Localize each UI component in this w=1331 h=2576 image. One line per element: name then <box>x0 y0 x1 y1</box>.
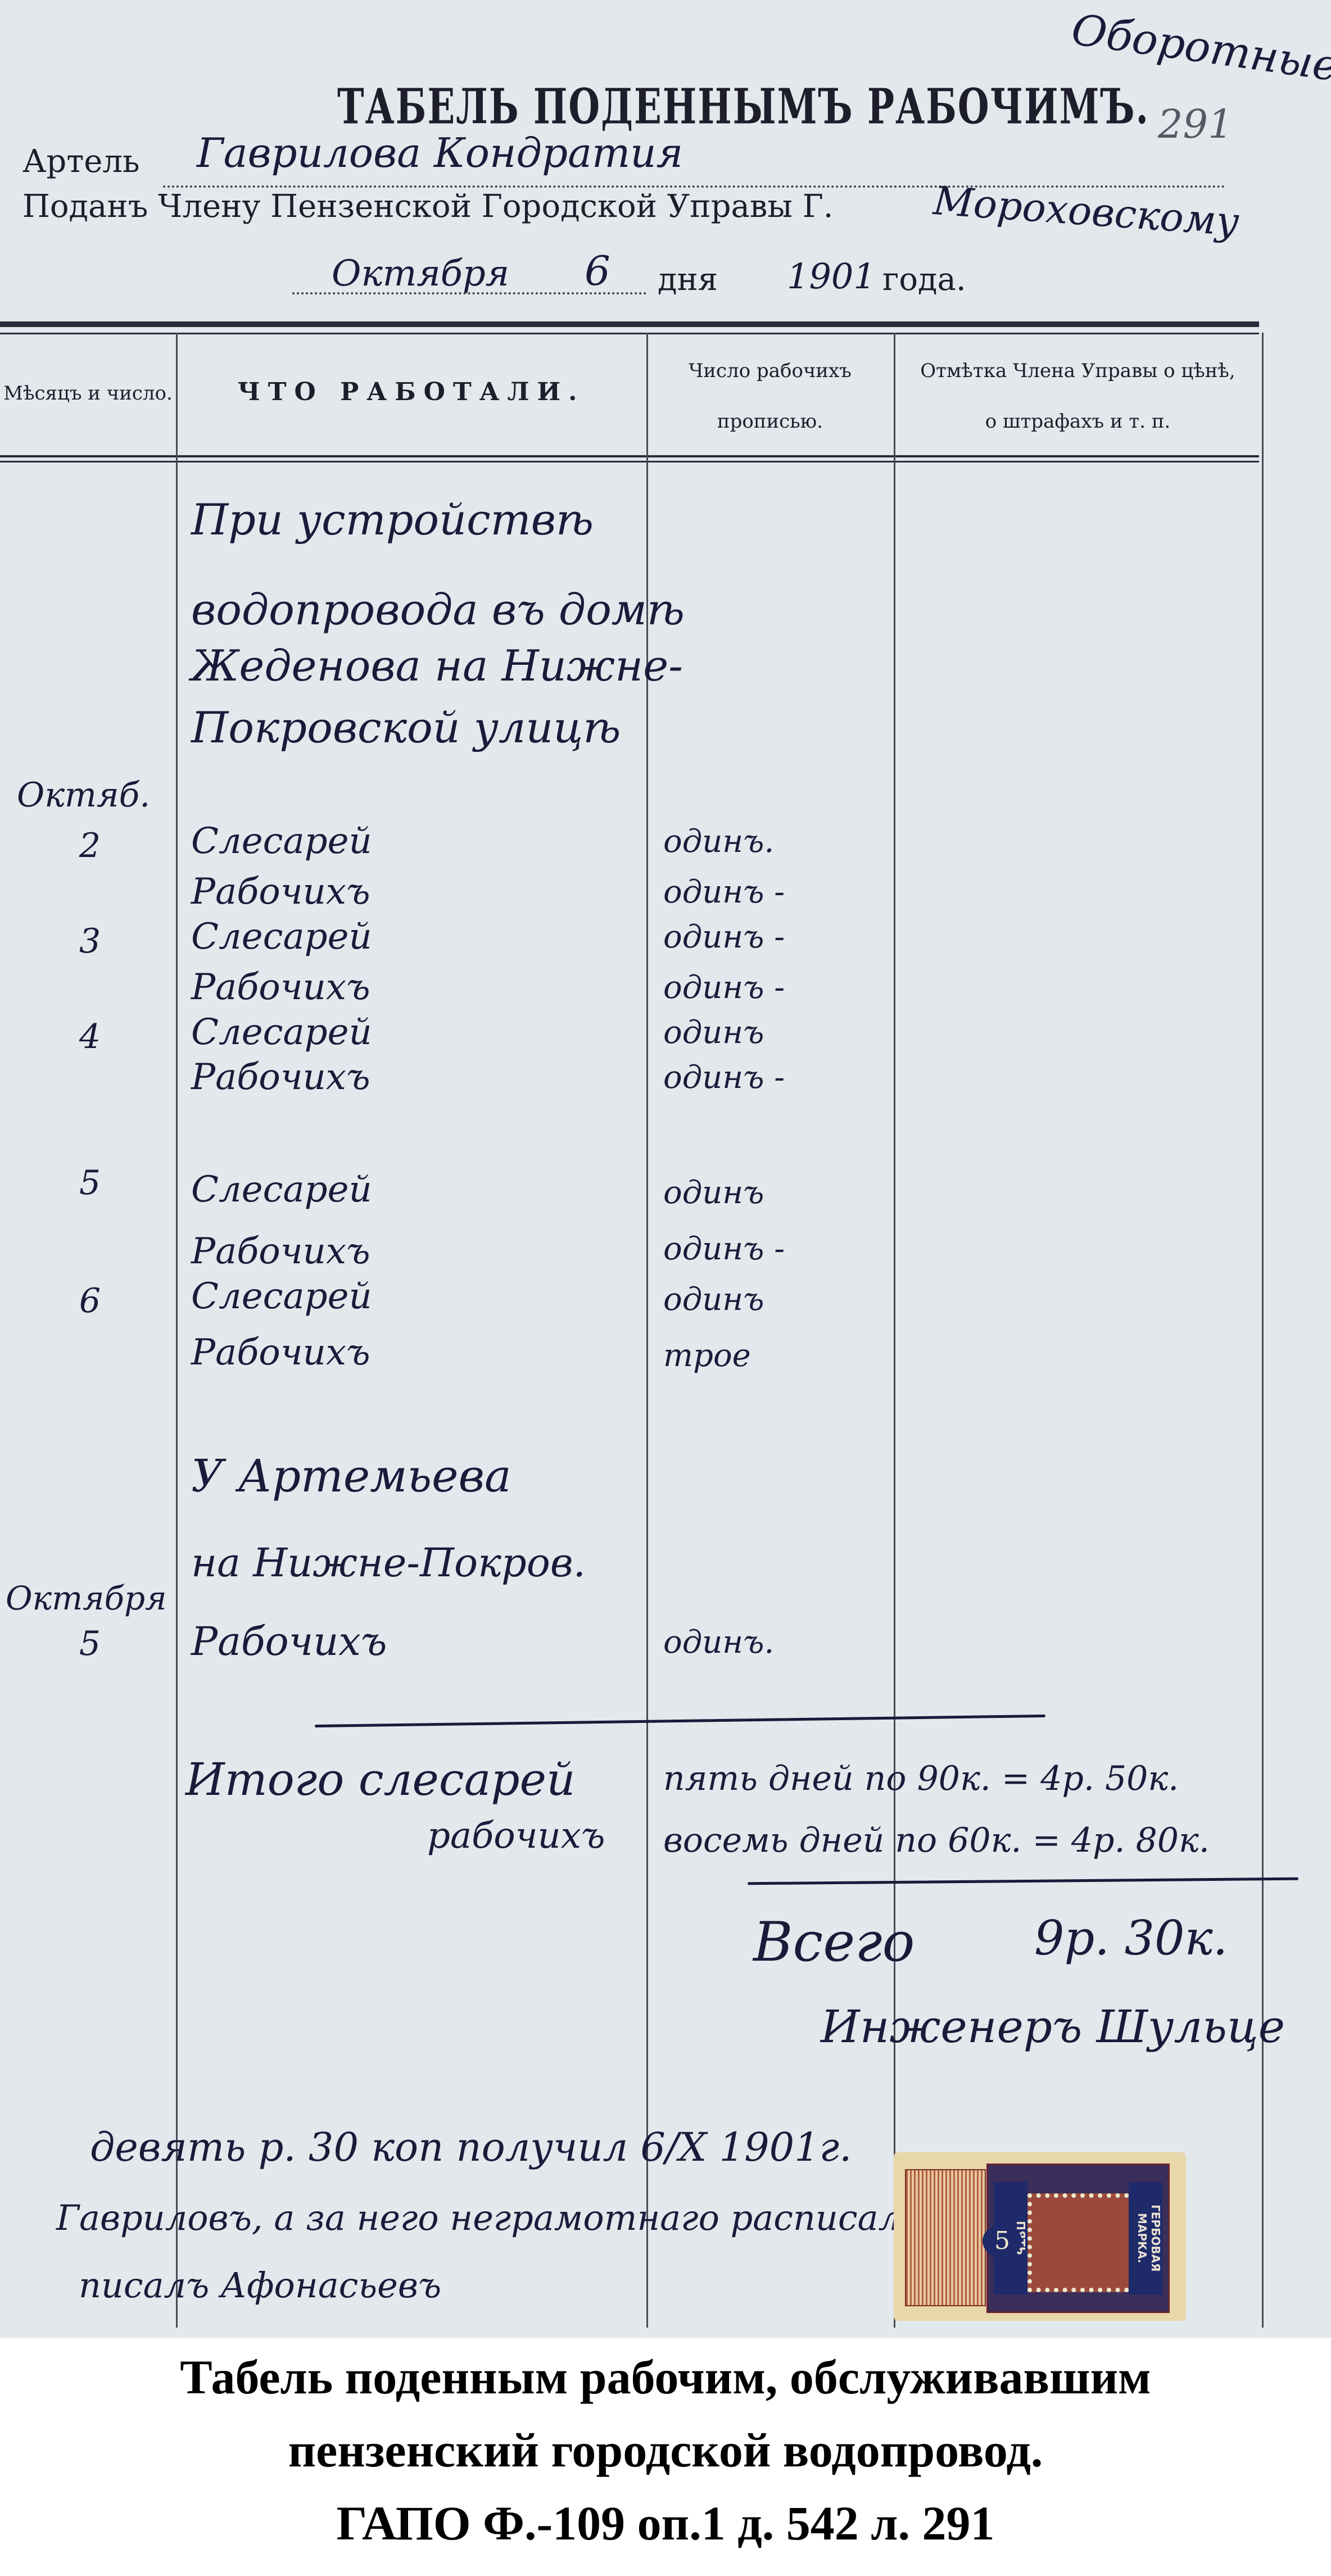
totals-label: Итого слесарей <box>185 1753 575 1806</box>
receipt-line-2: Гавриловъ, а за него неграмотнаго распис… <box>56 2197 943 2238</box>
header-count-line1: Число рабочихъ <box>646 360 894 382</box>
row-6-count: одинъ - <box>663 1059 785 1096</box>
header-date: Мѣсяцъ и число. <box>0 382 176 405</box>
stamp-right-text: ГЕРБОВАЯ МАРКА. <box>1129 2182 1162 2294</box>
section2-row-work: Рабочихъ <box>191 1618 387 1665</box>
row-1-day: 2 <box>17 826 163 865</box>
row-5-day: 4 <box>17 1017 163 1056</box>
artel-value: Гаврилова Кондратия <box>197 129 683 176</box>
row-10-work: Рабочихъ <box>191 1332 370 1373</box>
table-header-rule <box>0 455 1259 457</box>
submitted-label: Поданъ Члену Пензенской Городской Управы… <box>22 188 834 225</box>
section1-desc-line4: Покровской улицѣ <box>191 702 621 752</box>
section2-row-day: 5 <box>17 1624 163 1663</box>
row-5-count: одинъ <box>663 1014 764 1051</box>
date-day-label: дня <box>658 261 718 298</box>
receipt-line-3: писалъ Афонасьевъ <box>79 2265 441 2306</box>
document-sheet: Оборотные 291 ТАБЕЛЬ ПОДЕННЫМЪ РАБОЧИМЪ.… <box>0 0 1331 2338</box>
totals-underline <box>748 1877 1298 1885</box>
grand-total-value: 9р. 30к. <box>1034 1911 1228 1966</box>
section2-month: Октября <box>6 1579 167 1617</box>
date-month: Октября <box>332 253 509 294</box>
row-9-count: одинъ <box>663 1281 764 1318</box>
row-7-count: одинъ <box>663 1174 764 1211</box>
column-divider-1 <box>176 333 178 2328</box>
row-8-work: Рабочихъ <box>191 1231 370 1272</box>
row-9-work: Слесарей <box>191 1276 372 1317</box>
archive-note: Оборотные <box>1069 4 1331 91</box>
date-dotted-line <box>292 292 646 294</box>
row-8-count: одинъ - <box>663 1231 785 1267</box>
artel-label: Артель <box>22 143 139 180</box>
row-7-day: 5 <box>17 1163 163 1203</box>
stamp-coupon <box>905 2169 986 2306</box>
engineer-signature: Инженеръ Шульце <box>821 2001 1285 2053</box>
totals-divider <box>315 1715 1045 1727</box>
stamp-denomination: 5 <box>983 2224 1022 2258</box>
totals-label-2: рабочихъ <box>427 1815 605 1857</box>
date-day: 6 <box>585 247 610 294</box>
row-5-work: Слесарей <box>191 1012 372 1053</box>
receipt-line-1: девять р. 30 коп получил 6/X 1901г. <box>90 2124 852 2170</box>
row-3-day: 3 <box>17 922 163 961</box>
section2-row-count: одинъ. <box>663 1624 774 1661</box>
header-work: ЧТО РАБОТАЛИ. <box>176 378 646 406</box>
totals-line-1: пять дней по 90к. = 4р. 50к. <box>663 1759 1179 1798</box>
row-10-count: трое <box>663 1337 751 1374</box>
document-title: ТАБЕЛЬ ПОДЕННЫМЪ РАБОЧИМЪ. <box>337 79 1149 135</box>
header-note-line1: Отмѣтка Члена Управы о цѣнѣ, <box>894 360 1262 382</box>
section1-month: Октяб. <box>17 775 150 815</box>
eagle-emblem-icon <box>1027 2193 1138 2292</box>
caption-line-1: Табель поденным рабочим, обслуживавшим <box>0 2349 1331 2405</box>
sheet-number: 291 <box>1158 101 1233 147</box>
section1-desc-line2: водопровода въ домѣ <box>191 584 685 634</box>
row-4-work: Рабочихъ <box>191 967 370 1008</box>
caption-line-2: пензенский городской водопровод. <box>0 2422 1331 2478</box>
section1-desc-line1: При устройствѣ <box>191 495 594 545</box>
revenue-stamp: ПЯТЬ ГЕРБОВАЯ МАРКА. 5 <box>894 2152 1186 2321</box>
row-1-work: Слесарей <box>191 820 372 862</box>
grand-total-label: Всего <box>753 1911 915 1974</box>
row-2-count: одинъ - <box>663 874 785 910</box>
row-6-work: Рабочихъ <box>191 1056 370 1098</box>
submitted-to: Мороховскому <box>932 178 1241 245</box>
header-note-line2: о штрафахъ и т. п. <box>894 410 1262 433</box>
row-7-work: Слесарей <box>191 1169 372 1210</box>
row-4-count: одинъ - <box>663 969 785 1006</box>
table-top-rule-thin <box>0 333 1259 334</box>
row-3-work: Слесарей <box>191 916 372 958</box>
row-9-day: 6 <box>17 1281 163 1321</box>
row-2-work: Рабочихъ <box>191 871 370 913</box>
section2-desc-line1: У Артемьева <box>191 1450 511 1502</box>
row-1-count: одинъ. <box>663 823 774 860</box>
stamp-body: ПЯТЬ ГЕРБОВАЯ МАРКА. 5 <box>986 2164 1170 2313</box>
caption-line-3: ГАПО Ф.-109 оп.1 д. 542 л. 291 <box>0 2495 1331 2551</box>
row-3-count: одинъ - <box>663 919 785 955</box>
section1-desc-line3: Жеденова на Нижне- <box>191 641 683 691</box>
header-count-line2: прописью. <box>646 410 894 433</box>
table-top-rule <box>0 321 1259 327</box>
date-year: 1901 <box>787 256 876 297</box>
date-year-label: года. <box>882 261 966 298</box>
table-header-rule-thin <box>0 461 1259 462</box>
totals-line-2: восемь дней по 60к. = 4р. 80к. <box>663 1821 1210 1860</box>
section2-desc-line2: на Нижне-Покров. <box>191 1540 586 1586</box>
